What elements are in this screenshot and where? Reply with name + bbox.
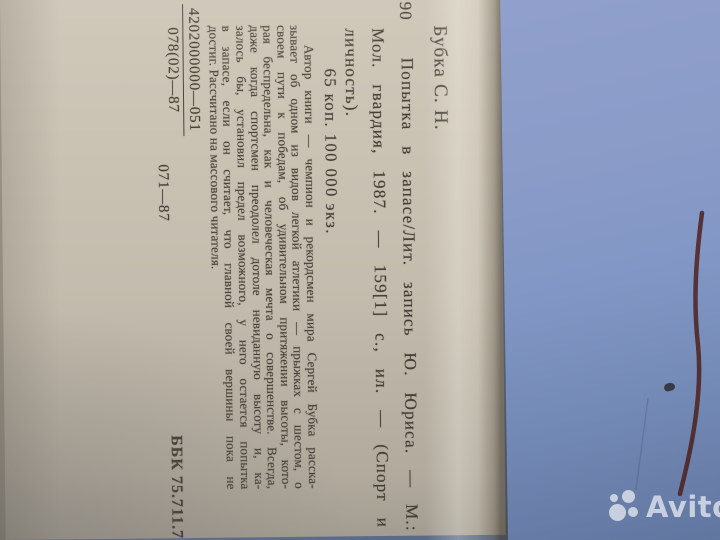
avito-logo-icon (609, 490, 642, 524)
listing-photo: Бубка С. Н. 90 Попытка в запасе/Лит. зап… (0, 0, 720, 540)
scratch-mark (636, 398, 648, 490)
avito-watermark: Avito (609, 488, 719, 528)
surface-marks (0, 0, 720, 540)
avito-wordmark: Avito (646, 488, 720, 526)
red-paint-streak (680, 213, 702, 494)
